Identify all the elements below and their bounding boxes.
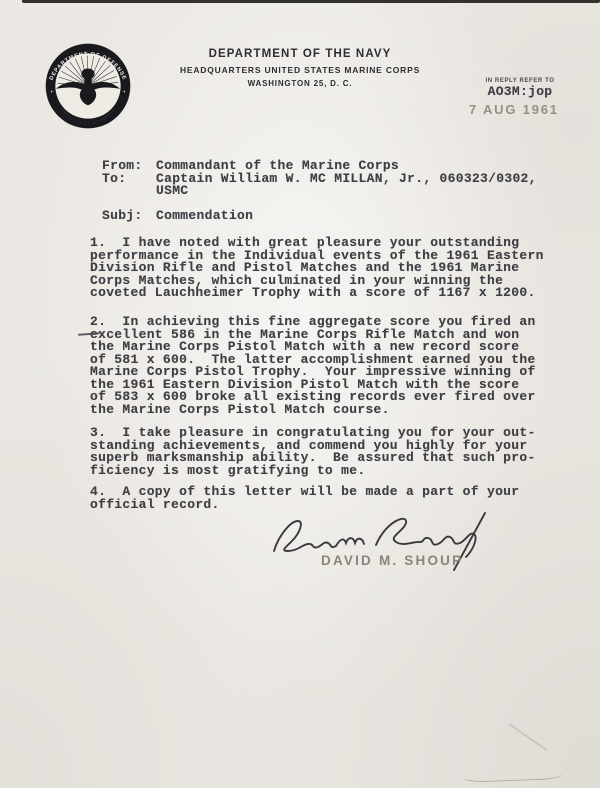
signature-name-stamp: DAVID M. SHOUP [321, 553, 463, 568]
subject-label: Subj: [102, 210, 156, 223]
letterhead-headquarters: HEADQUARTERS UNITED STATES MARINE CORPS [140, 65, 460, 75]
subject-block: Subj: Commendation [102, 210, 253, 223]
letterhead: DEPARTMENT OF THE NAVY HEADQUARTERS UNIT… [140, 48, 460, 88]
address-block: From: Commandant of the Marine Corps To:… [102, 160, 537, 198]
letterhead-department: DEPARTMENT OF THE NAVY [140, 48, 460, 60]
to-value: Captain William W. MC MILLAN, Jr., 06032… [156, 173, 537, 198]
letter-page: DEPARTMENT OF DEFENSE UNITED STATES OF A… [0, 0, 600, 788]
reference-code: AO3M:jop [455, 86, 585, 99]
scan-smudge [509, 723, 548, 751]
subject-value: Commendation [156, 210, 253, 223]
body-paragraph-1: 1. I have noted with great pleasure your… [90, 237, 544, 300]
to-label: To: [102, 173, 156, 198]
date-stamp: 7 AUG 1961 [469, 102, 585, 117]
department-of-defense-seal-icon: DEPARTMENT OF DEFENSE UNITED STATES OF A… [42, 40, 134, 132]
body-paragraph-2: 2. In achieving this fine aggregate scor… [90, 316, 536, 416]
reference-block: IN REPLY REFER TO AO3M:jop 7 AUG 1961 [455, 78, 585, 117]
scan-edge-top [22, 0, 600, 3]
letterhead-city: WASHINGTON 25, D. C. [140, 79, 460, 88]
scan-smudge [462, 768, 562, 782]
body-paragraph-3: 3. I take pleasure in congratulating you… [90, 427, 536, 477]
